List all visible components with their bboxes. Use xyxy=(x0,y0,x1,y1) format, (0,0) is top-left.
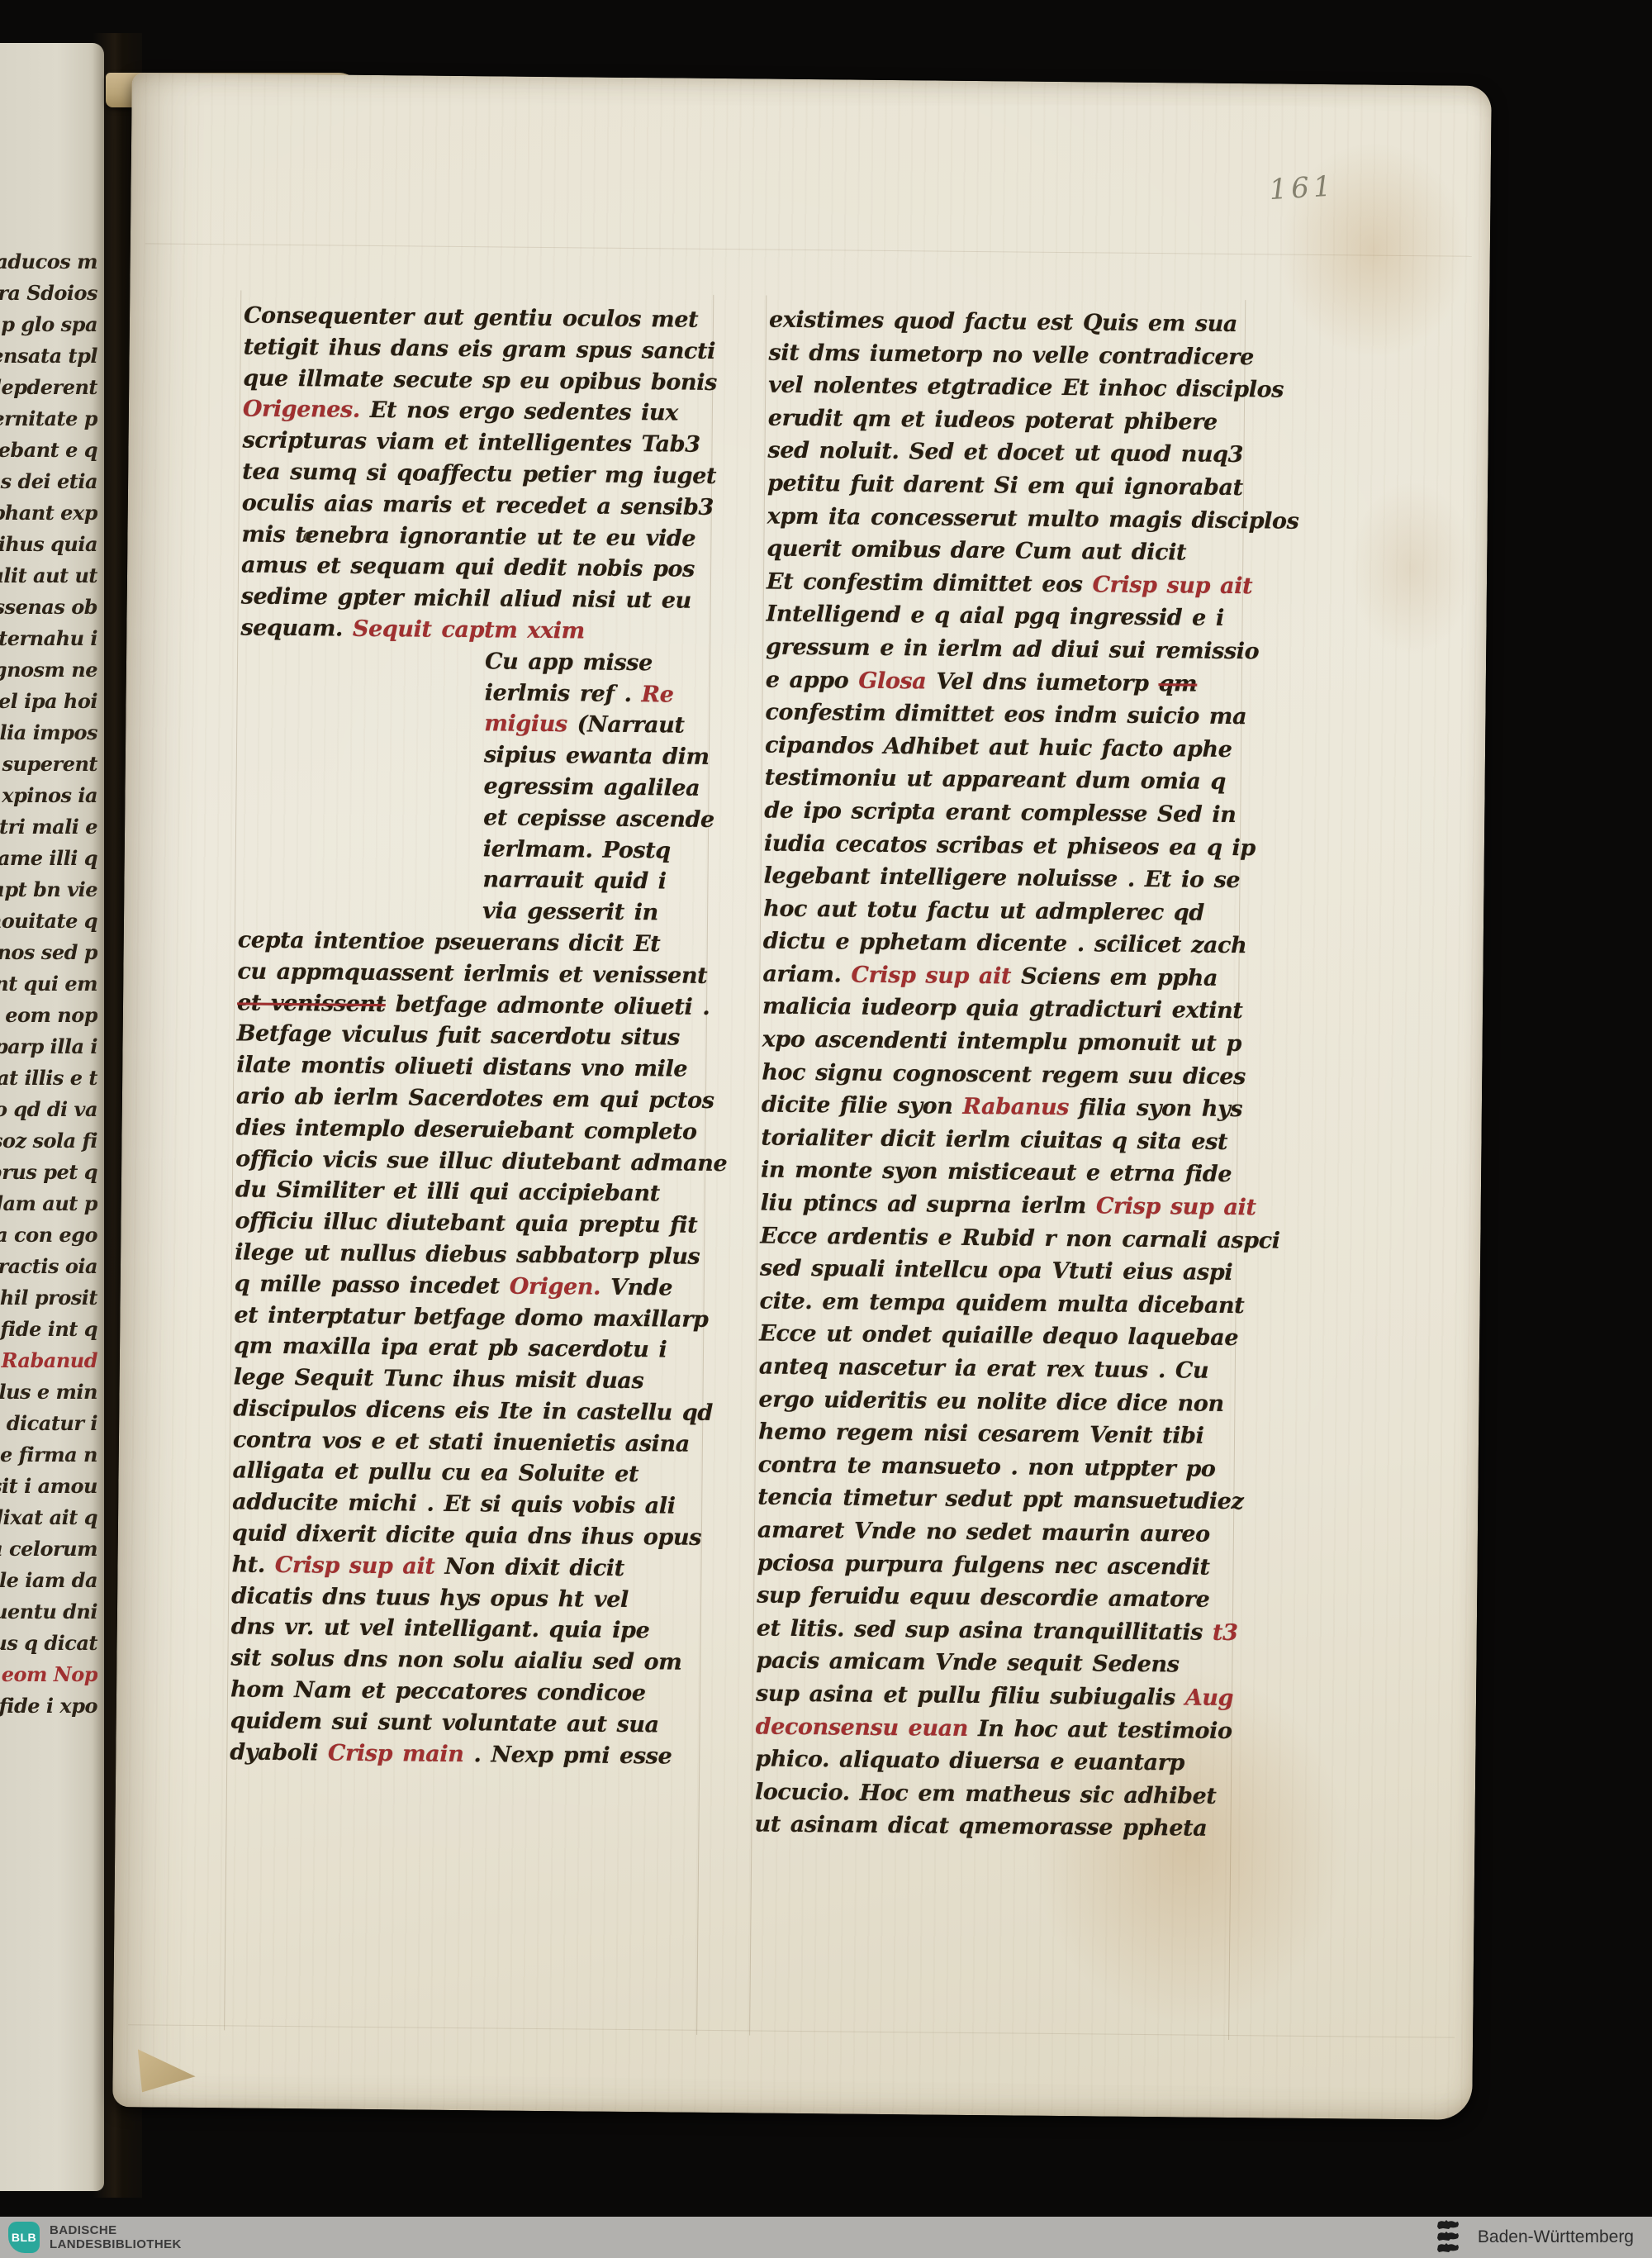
manuscript-line: tencia timetur sedut ppt mansuetudiez xyxy=(757,1481,1241,1519)
manuscript-line: malicia iudeorp quia gtradicturi extint xyxy=(762,991,1246,1028)
facing-page-line-fragment: sua fide firma n xyxy=(0,1439,97,1471)
facing-page-line-fragment: omet cessenas ob xyxy=(0,592,97,623)
manuscript-line: cipandos Adhibet aut huic facto aphe xyxy=(765,729,1249,766)
ink-text-run: sit solus dns non solu aialiu sed om xyxy=(230,1646,681,1676)
rubric-text-run: Crisp sup ait xyxy=(1096,1193,1256,1220)
ink-text-run: amaret Vnde no sedet maurin aureo xyxy=(757,1517,1210,1547)
facing-page-line-fragment: lament tame illi q xyxy=(0,843,97,874)
ink-text-run: liu ptincs ad suprna ierlm xyxy=(761,1191,1096,1219)
manuscript-line: locucio. Hoc em matheus sic adhibet xyxy=(755,1776,1239,1813)
facing-page-line-fragment: ad ihus eom nop xyxy=(0,1000,97,1031)
ink-text-run: contra te mansueto . non utppter po xyxy=(758,1452,1216,1481)
manuscript-line: sit dms iumetorp no velle contradicere xyxy=(768,336,1252,373)
ink-text-run: ut asinam dicat qmemorasse ppheta xyxy=(754,1812,1207,1842)
ink-text-run: sed spuali intellcu opa Vtuti eius aspi xyxy=(760,1256,1232,1286)
ink-text-run: confestim dimittet eos indm suicio ma xyxy=(765,700,1246,730)
ink-text-run: dictu e pphetam dicente . scilicet zach xyxy=(763,929,1247,959)
manuscript-line: liu ptincs ad suprna ierlm Crisp sup ait xyxy=(761,1187,1245,1224)
region-branding: Baden-Württemberg xyxy=(1435,2220,1652,2255)
ink-text-run: et cepisse ascende xyxy=(483,805,714,833)
facing-page-line-fragment: c nos phant exp xyxy=(0,497,97,529)
facing-page-line-fragment: eorp eternahu i xyxy=(0,623,97,654)
ink-text-run: sup asina et pullu filiu subiugalis xyxy=(756,1680,1185,1710)
ink-text-run: malicia iudeorp quia gtradicturi extint xyxy=(762,994,1243,1024)
ink-text-run: narrauit quid i xyxy=(482,868,666,895)
ink-text-run: sit dms iumetorp no velle contradicere xyxy=(768,340,1254,370)
region-label: Baden-Württemberg xyxy=(1478,2227,1634,2247)
manuscript-line: migius (Narraut xyxy=(240,706,707,742)
struck-text-run: qm xyxy=(1158,671,1197,696)
facing-page-line-fragment: tende superent xyxy=(0,749,97,780)
manuscript-line: sed spuali intellcu opa Vtuti eius aspi xyxy=(760,1253,1244,1290)
ink-text-run: tetigit ihus dans eis gram spus sancti xyxy=(244,334,716,364)
ink-text-run: tea sumq si qoaffectu petier mg iuget xyxy=(242,459,716,489)
manuscript-line: contra te mansueto . non utppter po xyxy=(758,1448,1242,1486)
manuscript-line: sipius ewanta dim xyxy=(240,738,707,773)
library-footer-bar: BLB BADISCHE LANDESBIBLIOTHEK Baden-Würt… xyxy=(0,2217,1652,2258)
manuscript-line: qm maxilla ipa erat pb sacerdotu i xyxy=(234,1331,701,1367)
facing-page-line-fragment: in ipa sui nouitate q xyxy=(0,906,97,937)
rubric-text-run: Crisp sup ait xyxy=(1092,572,1252,599)
manuscript-line: cite. em tempa quidem multa dicebant xyxy=(759,1285,1243,1322)
facing-page-line-fragment: Optulit aut ut xyxy=(0,560,97,592)
ink-text-run: lege Sequit Tunc ihus misit duas xyxy=(234,1365,644,1395)
manuscript-line: et litis. sed sup asina tranquillitatis … xyxy=(757,1612,1241,1649)
manuscript-line: amaret Vnde no sedet maurin aureo xyxy=(757,1514,1241,1551)
ink-text-run: Intelligend e q aial pgq ingressid e i xyxy=(766,601,1223,631)
manuscript-line: querit omibus dare Cum aut dicit xyxy=(767,533,1251,570)
manuscript-line: in monte syon misticeaut e etrna fide xyxy=(761,1154,1245,1191)
manuscript-line: torialiter dicit ierlm ciuitas q sita es… xyxy=(761,1121,1245,1158)
ink-text-run: oculis aias maris et recedet a sensib3 xyxy=(242,490,714,520)
ink-text-run: Non dixit dicit xyxy=(434,1554,624,1581)
ink-text-run: Consequenter aut gentiu oculos met xyxy=(244,302,698,332)
manuscript-line: petitu fuit darent Si em qui ignorabat xyxy=(767,468,1251,505)
ink-text-run: existimes quod factu est Quis em sua xyxy=(769,307,1237,337)
ink-text-run: e appo xyxy=(766,667,859,693)
manuscript-line: hom Nam et peccatores condicoe xyxy=(230,1674,698,1709)
rubric-text-run: Origenes. xyxy=(243,397,360,423)
facing-page-line-fragment: trampse ihus quia xyxy=(0,529,97,560)
manuscript-line: confestim dimittet eos indm suicio ma xyxy=(765,696,1249,734)
ink-text-run: ergo uideritis eu nolite dice dice non xyxy=(758,1386,1224,1416)
manuscript-line: via gesserit in xyxy=(238,894,705,929)
facing-page-line-fragment: de utrap glo spa xyxy=(0,309,97,340)
manuscript-line: dyaboli Crisp main . Nexp pmi esse xyxy=(230,1737,697,1772)
facing-page-line-fragment: filius dei etia xyxy=(0,466,97,497)
manuscript-line: cepta intentioe pseuerans dicit Et xyxy=(238,925,705,960)
ink-text-run: In hoc aut testimoio xyxy=(968,1715,1232,1743)
ink-text-run: xpm ita concesserut multo magis disciplo… xyxy=(767,503,1299,534)
facing-page-line-fragment: Ihs eom Nop xyxy=(0,1659,97,1690)
manuscript-line: ergo uideritis eu nolite dice dice non xyxy=(758,1383,1242,1420)
ink-text-run: querit omibus dare Cum aut dicit xyxy=(767,536,1186,566)
rubric-text-run: Re xyxy=(641,682,673,707)
manuscript-line: Origenes. Et nos ergo sedentes iux xyxy=(243,394,710,430)
ink-text-run: egressim agalilea xyxy=(483,773,700,801)
gutter-parchment-wedge xyxy=(137,2049,195,2093)
ruling-line-horizontal xyxy=(128,2024,1455,2037)
ink-text-run: cipandos Adhibet aut huic facto aphe xyxy=(765,732,1232,762)
facing-page-line-fragment: A deserta con ego xyxy=(0,1219,97,1251)
manuscript-line: officio vicis sue illuc diutebant admane xyxy=(235,1143,703,1179)
manuscript-line: narrauit quid i xyxy=(238,863,705,898)
ink-text-run: quidem sui sunt voluntate aut sua xyxy=(230,1708,659,1737)
manuscript-line: et interptatur betfage domo maxillarp xyxy=(234,1300,701,1335)
manuscript-page: 161 Consequenter aut gentiu oculos mette… xyxy=(112,73,1492,2120)
manuscript-line: egressim agalilea xyxy=(239,768,706,804)
rubric-text-run: deconsensu euan xyxy=(756,1714,969,1741)
rubric-text-run: Crisp sup ait xyxy=(851,962,1011,989)
manuscript-line: sed noluit. Sed et docet ut quod nuq3 xyxy=(767,435,1251,472)
facing-page-line-fragment: qd pdixat ait q xyxy=(0,1502,97,1533)
rubric-text-run: Sequit captm xxim xyxy=(343,616,585,644)
manuscript-line: tetigit ihus dans eis gram spus sancti xyxy=(243,331,710,367)
ink-text-run: hoc aut totu factu ut admplerec qd xyxy=(763,896,1204,925)
ink-text-run: vel nolentes etgtradice Et inhoc discipl… xyxy=(768,373,1284,403)
manuscript-line: contra vos e et stati inuenietis asina xyxy=(233,1424,700,1460)
manuscript-line: sup feruidu equu descordie amatore xyxy=(757,1580,1241,1617)
manuscript-line: oculis aias maris et recedet a sensib3 xyxy=(242,487,710,523)
facing-page-line-fragment: les tollpractis oia xyxy=(0,1251,97,1282)
ink-text-run: Cu app misse xyxy=(485,649,653,676)
ink-text-run: sedime gpter michil aliud nisi ut eu xyxy=(241,584,691,614)
manuscript-line: dicatis dns tuus hys opus ht vel xyxy=(231,1581,699,1616)
manuscript-line: dicite filie syon Rabanus filia syon hys xyxy=(762,1089,1246,1126)
facing-page-line-fragment: a sua fide i xpo xyxy=(0,1690,97,1722)
ink-text-run: et interptatur betfage domo maxillarp xyxy=(234,1302,708,1333)
ink-text-run: tencia timetur sedut ppt mansuetudiez xyxy=(757,1485,1243,1515)
ruling-line-horizontal xyxy=(145,243,1472,256)
facing-page-line-fragment: da prialia impos xyxy=(0,717,97,749)
manuscript-line: ierlmis ref . Re xyxy=(240,675,708,711)
blb-logo: BLB xyxy=(8,2222,40,2253)
manuscript-line: gressum e in ierlm ad diui sui remissio xyxy=(766,630,1250,668)
ink-text-run: ilege ut nullus diebus sabbatorp plus xyxy=(235,1239,700,1269)
ink-text-run: Et confestim dimittet eos xyxy=(767,568,1093,597)
ink-text-run: anteq nascetur ia erat rex tuus . Cu xyxy=(759,1354,1209,1384)
facing-page-line-fragment: uz Quidam aut p xyxy=(0,1188,97,1219)
facing-page-line-fragment: t pose dicatur i xyxy=(0,1408,97,1439)
ink-text-run: filia syon hys xyxy=(1069,1095,1242,1122)
ink-text-run: ario ab ierlm Sacerdotes em qui pctos xyxy=(236,1083,714,1114)
ink-text-run: sed noluit. Sed et docet ut quod nuq3 xyxy=(767,438,1243,468)
manuscript-line: q mille passo incedet Origen. Vnde xyxy=(235,1268,702,1304)
manuscript-line: dns vr. ut vel intelligant. quia ipe xyxy=(231,1612,699,1647)
facing-page-line-fragment: templo qd di va xyxy=(0,1094,97,1125)
ink-text-run: sup feruidu equu descordie amatore xyxy=(757,1583,1209,1613)
facing-page-line-fragment: tam psoz sola fi xyxy=(0,1125,97,1157)
ink-text-run: betfage admonte oliueti . xyxy=(386,991,710,1020)
manuscript-line: sup asina et pullu filiu subiugalis Aug xyxy=(756,1677,1240,1714)
ink-text-run: dies intemplo deseruiebant completo xyxy=(235,1115,696,1144)
facing-page-line-fragment: s et saducos m xyxy=(0,246,97,278)
ink-text-run: qm maxilla ipa erat pb sacerdotu i xyxy=(234,1333,667,1363)
facing-page-line-fragment: uom obstant qui em xyxy=(0,968,97,1000)
rubric-text-run: Crisp main xyxy=(328,1740,464,1767)
ink-text-run: officiu illuc diutebant quia preptu fit xyxy=(235,1209,697,1238)
manuscript-line: legebant intelligere noluisse . Et io se xyxy=(763,860,1247,897)
facing-page-line-fragment: erat obrus pet q xyxy=(0,1157,97,1188)
ink-text-run: q mille passo incedet xyxy=(235,1271,510,1299)
facing-page-line-fragment: tet q mhil prosit xyxy=(0,1282,97,1314)
facing-page-line-fragment: a quise capt bn vie xyxy=(0,874,97,906)
manuscript-line: sequam. Sequit captm xxim xyxy=(240,612,708,648)
ink-text-run: ierlmam. Postq xyxy=(483,836,671,863)
ink-text-run: ilate montis oliueti distans vno mile xyxy=(236,1053,687,1082)
library-name-line1: BADISCHE xyxy=(50,2223,182,2237)
ink-text-run: ht. xyxy=(231,1552,275,1578)
manuscript-line: ariam. Crisp sup ait Sciens em ppha xyxy=(762,958,1246,995)
facing-page-line-fragment: b dyspensata tpl xyxy=(0,340,97,372)
manuscript-line: Et confestim dimittet eos Crisp sup ait xyxy=(767,565,1251,602)
manuscript-line: sit solus dns non solu aialiu sed om xyxy=(230,1643,698,1679)
rubric-text-run: Aug xyxy=(1185,1685,1234,1711)
rubric-text-run: t3 xyxy=(1213,1620,1238,1646)
manuscript-line: Betfage viculus fuit sacerdotu situs xyxy=(237,1019,705,1054)
manuscript-line: discipulos dicens eis Ite in castellu qd xyxy=(233,1393,700,1428)
ink-text-run: ariam. xyxy=(762,961,851,987)
ink-text-run: phico. aliquato diuersa e euantarp xyxy=(755,1747,1184,1776)
facing-page-line-fragment: nos em xpinos ia xyxy=(0,780,97,811)
ink-text-run: hoc signu cognoscent regem suu dices xyxy=(762,1059,1246,1090)
manuscript-line: ierlmam. Postq xyxy=(239,831,706,867)
manuscript-line: pacis amicam Vnde sequit Sedens xyxy=(756,1645,1240,1682)
ink-text-run: et litis. sed sup asina tranquillitatis xyxy=(757,1615,1213,1645)
ink-text-run: pacis amicam Vnde sequit Sedens xyxy=(756,1648,1179,1678)
facing-page-line-fragment: Rabanud xyxy=(0,1345,97,1376)
manuscript-line: anteq nascetur ia erat rex tuus . Cu xyxy=(759,1351,1243,1388)
ink-text-run: pciosa purpura fulgens nec ascendit xyxy=(757,1550,1209,1580)
rubric-text-run: Origen. xyxy=(510,1273,601,1300)
manuscript-line: erudit qm et iudeos poterat phibere xyxy=(768,402,1252,439)
folio-number-pencil: 161 xyxy=(1268,169,1336,207)
manuscript-line: sedime gpter michil aliud nisi ut eu xyxy=(241,582,709,617)
facing-page-line-fragment: ia psalle iam da xyxy=(0,1565,97,1596)
manuscript-line: testimoniu ut appareant dum omia q xyxy=(765,762,1249,799)
ink-text-run: (Narraut xyxy=(567,712,685,739)
manuscript-line: dies intemplo deseruiebant completo xyxy=(235,1112,703,1148)
manuscript-line: scripturas viam et intelligentes Tab3 xyxy=(242,425,710,461)
ink-text-run: hom Nam et peccatores condicoe xyxy=(230,1676,646,1706)
ink-text-run: que illmate secute sp eu opibus bonis xyxy=(243,365,717,396)
ink-text-run: Vel dns iumetorp xyxy=(926,668,1159,696)
library-name-line2: LANDESBIBLIOTHEK xyxy=(50,2237,182,2251)
manuscript-line: e appo Glosa Vel dns iumetorp qm xyxy=(766,663,1250,701)
facing-page-line-fragment: via gessit i amou xyxy=(0,1471,97,1502)
manuscript-line: tea sumq si qoaffectu petier mg iuget xyxy=(242,456,710,492)
ink-text-run: dyaboli xyxy=(230,1739,328,1766)
ink-text-run: sipius ewanta dim xyxy=(484,742,710,770)
ink-text-run: Vnde xyxy=(601,1274,672,1300)
manuscript-line: quidem sui sunt voluntate aut sua xyxy=(230,1705,698,1741)
ink-text-run: cu appmquassent ierlmis et venissent xyxy=(237,958,707,988)
ink-text-run: torialiter dicit ierlm ciuitas q sita es… xyxy=(761,1124,1227,1154)
ink-text-run: cite. em tempa quidem multa dicebant xyxy=(759,1288,1244,1319)
catch-letter: c xyxy=(302,525,313,546)
manuscript-line: pciosa purpura fulgens nec ascendit xyxy=(757,1547,1241,1584)
manuscript-line: quid dixerit dicite quia dns ihus opus xyxy=(232,1518,700,1553)
ink-text-run: erudit qm et iudeos poterat phibere xyxy=(768,405,1218,435)
facing-page-edge: s et saducos mI dns tra Sdoiosde utrap g… xyxy=(0,43,104,2191)
ink-text-run: dicatis dns tuus hys opus ht vel xyxy=(231,1583,629,1613)
facing-page-line-fragment: I dns tra Sdoios xyxy=(0,278,97,309)
manuscript-line: adducite michi . Et si quis vobis ali xyxy=(232,1487,700,1523)
manuscript-line: vel nolentes etgtradice Et inhoc discipl… xyxy=(768,369,1252,406)
manuscript-line: officiu illuc diutebant quia preptu fit xyxy=(235,1206,702,1242)
digitized-manuscript-scan: s et saducos mI dns tra Sdoiosde utrap g… xyxy=(0,0,1652,2258)
facing-page-line-fragment: a pusparp illa i xyxy=(0,1031,97,1062)
library-branding: BLB BADISCHE LANDESBIBLIOTHEK xyxy=(0,2222,182,2253)
ink-text-run: hemo regem nisi cesarem Venit tibi xyxy=(758,1419,1204,1449)
facing-page-line-fragment: et regna celorum xyxy=(0,1533,97,1565)
ink-text-run: officio vicis sue illuc diutebant admane xyxy=(235,1146,727,1177)
ink-text-run: Sciens em ppha xyxy=(1011,963,1218,991)
ink-text-run: amus et sequam qui dedit nobis pos xyxy=(241,553,695,582)
baden-wuerttemberg-coat-of-arms-icon xyxy=(1435,2220,1468,2255)
library-name: BADISCHE LANDESBIBLIOTHEK xyxy=(50,2223,182,2251)
ink-text-run: dicite filie syon xyxy=(762,1092,963,1119)
facing-page-line-fragment: ut i aduentu dni xyxy=(0,1596,97,1628)
manuscript-line: du Similiter et illi qui accipiebant xyxy=(235,1175,703,1210)
rubric-text-run: Crisp sup ait xyxy=(275,1552,435,1580)
manuscript-line: deconsensu euan In hoc aut testimoio xyxy=(755,1710,1239,1747)
manuscript-line: lege Sequit Tunc ihus misit duas xyxy=(234,1362,701,1398)
facing-page-line-fragment: e ad p plus e min xyxy=(0,1376,97,1408)
ink-text-run: testimoniu ut appareant dum omia q xyxy=(765,765,1226,795)
ink-text-run: alligata et pullu cu ea Soluite et xyxy=(232,1458,638,1488)
manuscript-line: ht. Crisp sup ait Non dixit dicit xyxy=(231,1549,699,1585)
ink-text-run: Betfage viculus fuit sacerdotu situs xyxy=(237,1021,680,1051)
manuscript-line: de ipo scripta erant complesse Sed in xyxy=(764,794,1248,831)
ink-text-run: discipulos dicens eis Ite in castellu qd xyxy=(233,1395,713,1426)
manuscript-line: phico. aliquato diuersa e euantarp xyxy=(755,1743,1239,1780)
struck-text-run: et venissent xyxy=(237,990,386,1017)
ink-text-run: sequam. xyxy=(240,615,343,641)
facing-page-line-fragment: aspicat illis e t xyxy=(0,1062,97,1094)
ink-text-run: Ecce ardentis e Rubid r non carnali aspc… xyxy=(760,1223,1279,1253)
ink-text-run: Ecce ut ondet quiaille dequo laquebae xyxy=(759,1321,1238,1352)
manuscript-line: Consequenter aut gentiu oculos met xyxy=(244,300,711,335)
ink-text-run: du Similiter et illi qui accipiebant xyxy=(235,1177,660,1207)
manuscript-line: hoc aut totu factu ut admplerec qd xyxy=(763,892,1247,929)
manuscript-line: et venissent betfage admonte oliueti . xyxy=(237,987,705,1023)
ink-text-run: adducite michi . Et si quis vobis ali xyxy=(232,1490,676,1519)
manuscript-line: existimes quod factu est Quis em sua xyxy=(769,304,1253,341)
ink-text-run: iudia cecatos scribas et phiseos ea q ip xyxy=(764,830,1256,861)
manuscript-line: cu appmquassent ierlmis et venissent xyxy=(237,956,705,991)
manuscript-line: Cu app misse xyxy=(240,644,708,679)
ink-text-run: de ipo scripta erant complesse Sed in xyxy=(764,797,1236,827)
facing-page-line-fragment: contmi nel ipa hoi xyxy=(0,686,97,717)
ink-text-run: quid dixerit dicite quia dns ihus opus xyxy=(232,1520,701,1550)
facing-page-line-fragment: uom plus q dicat xyxy=(0,1628,97,1659)
parchment-stain xyxy=(1349,481,1474,655)
facing-page-line-fragment: dos xpianos sed p xyxy=(0,937,97,968)
ink-text-run: via gesserit in xyxy=(482,898,658,925)
manuscript-line: Ecce ut ondet quiaille dequo laquebae xyxy=(759,1318,1243,1355)
manuscript-line: hemo regem nisi cesarem Venit tibi xyxy=(758,1416,1242,1453)
manuscript-line: hoc signu cognoscent regem suu dices xyxy=(762,1056,1246,1093)
ink-text-run: petitu fuit darent Si em qui ignorabat xyxy=(767,471,1243,502)
manuscript-line: amus et sequam qui dedit nobis pos xyxy=(241,550,709,586)
ink-text-run: scripturas viam et intelligentes Tab3 xyxy=(242,428,700,458)
manuscript-line: ilate montis oliueti distans vno mile xyxy=(236,1050,704,1086)
rubric-text-run: Rabanus xyxy=(962,1094,1069,1120)
ink-text-run: gressum e in ierlm ad diui sui remissio xyxy=(766,634,1259,664)
manuscript-line: ilege ut nullus diebus sabbatorp plus xyxy=(235,1237,702,1272)
manuscript-line: Ecce ardentis e Rubid r non carnali aspc… xyxy=(760,1219,1244,1257)
ink-text-run: cepta intentioe pseuerans dicit Et xyxy=(238,927,661,957)
text-column-left: Consequenter aut gentiu oculos mettetigi… xyxy=(230,300,711,1772)
ink-text-run: locucio. Hoc em matheus sic adhibet xyxy=(755,1779,1217,1809)
ink-text-run: . Nexp pmi esse xyxy=(463,1742,672,1769)
manuscript-line: et cepisse ascende xyxy=(239,800,706,835)
facing-page-line-fragment: ta dei patri mali e xyxy=(0,811,97,843)
manuscript-line: xpm ita concesserut multo magis disciplo… xyxy=(767,500,1251,537)
ink-text-run: ierlmis ref . xyxy=(485,680,642,707)
ink-text-run: legebant intelligere noluisse . Et io se xyxy=(763,863,1240,894)
facing-page-line-fragment: tale cupiebant e q xyxy=(0,435,97,466)
manuscript-line: xpo ascendenti intemplu pmonuit ut p xyxy=(762,1024,1246,1061)
rubric-text-run: migius xyxy=(484,711,567,738)
manuscript-line: ario ab ierlm Sacerdotes em qui pctos xyxy=(236,1081,704,1116)
facing-page-text-fragments: s et saducos mI dns tra Sdoiosde utrap g… xyxy=(0,246,97,1722)
manuscript-line: Intelligend e q aial pgq ingressid e i xyxy=(766,598,1250,635)
facing-page-line-fragment: verbi eternitate p xyxy=(0,403,97,435)
rubric-text-run: Glosa xyxy=(858,668,926,694)
ink-text-run: dns vr. ut vel intelligant. quia ipe xyxy=(231,1614,650,1644)
ink-text-run: in monte syon misticeaut e etrna fide xyxy=(761,1158,1232,1187)
facing-page-line-fragment: m p fide int q xyxy=(0,1314,97,1345)
facing-page-line-fragment: epit Cognosm ne xyxy=(0,654,97,686)
manuscript-line: alligata et pullu cu ea Soluite et xyxy=(232,1456,700,1491)
ink-text-run: xpo ascendenti intemplu pmonuit ut p xyxy=(762,1027,1242,1058)
ink-text-run: contra vos e et stati inuenietis asina xyxy=(233,1427,690,1457)
manuscript-line: ut asinam dicat qmemorasse ppheta xyxy=(754,1809,1238,1846)
ink-text-run: Et nos ergo sedentes iux xyxy=(360,397,678,426)
text-column-right: existimes quod factu est Quis em suasit … xyxy=(754,304,1253,1846)
manuscript-line: que illmate secute sp eu opibus bonis xyxy=(243,363,710,398)
manuscript-line: iudia cecatos scribas et phiseos ea q ip xyxy=(764,827,1248,864)
manuscript-line: dictu e pphetam dicente . scilicet zach xyxy=(763,925,1247,963)
facing-page-line-fragment: est et depderent xyxy=(0,372,97,403)
